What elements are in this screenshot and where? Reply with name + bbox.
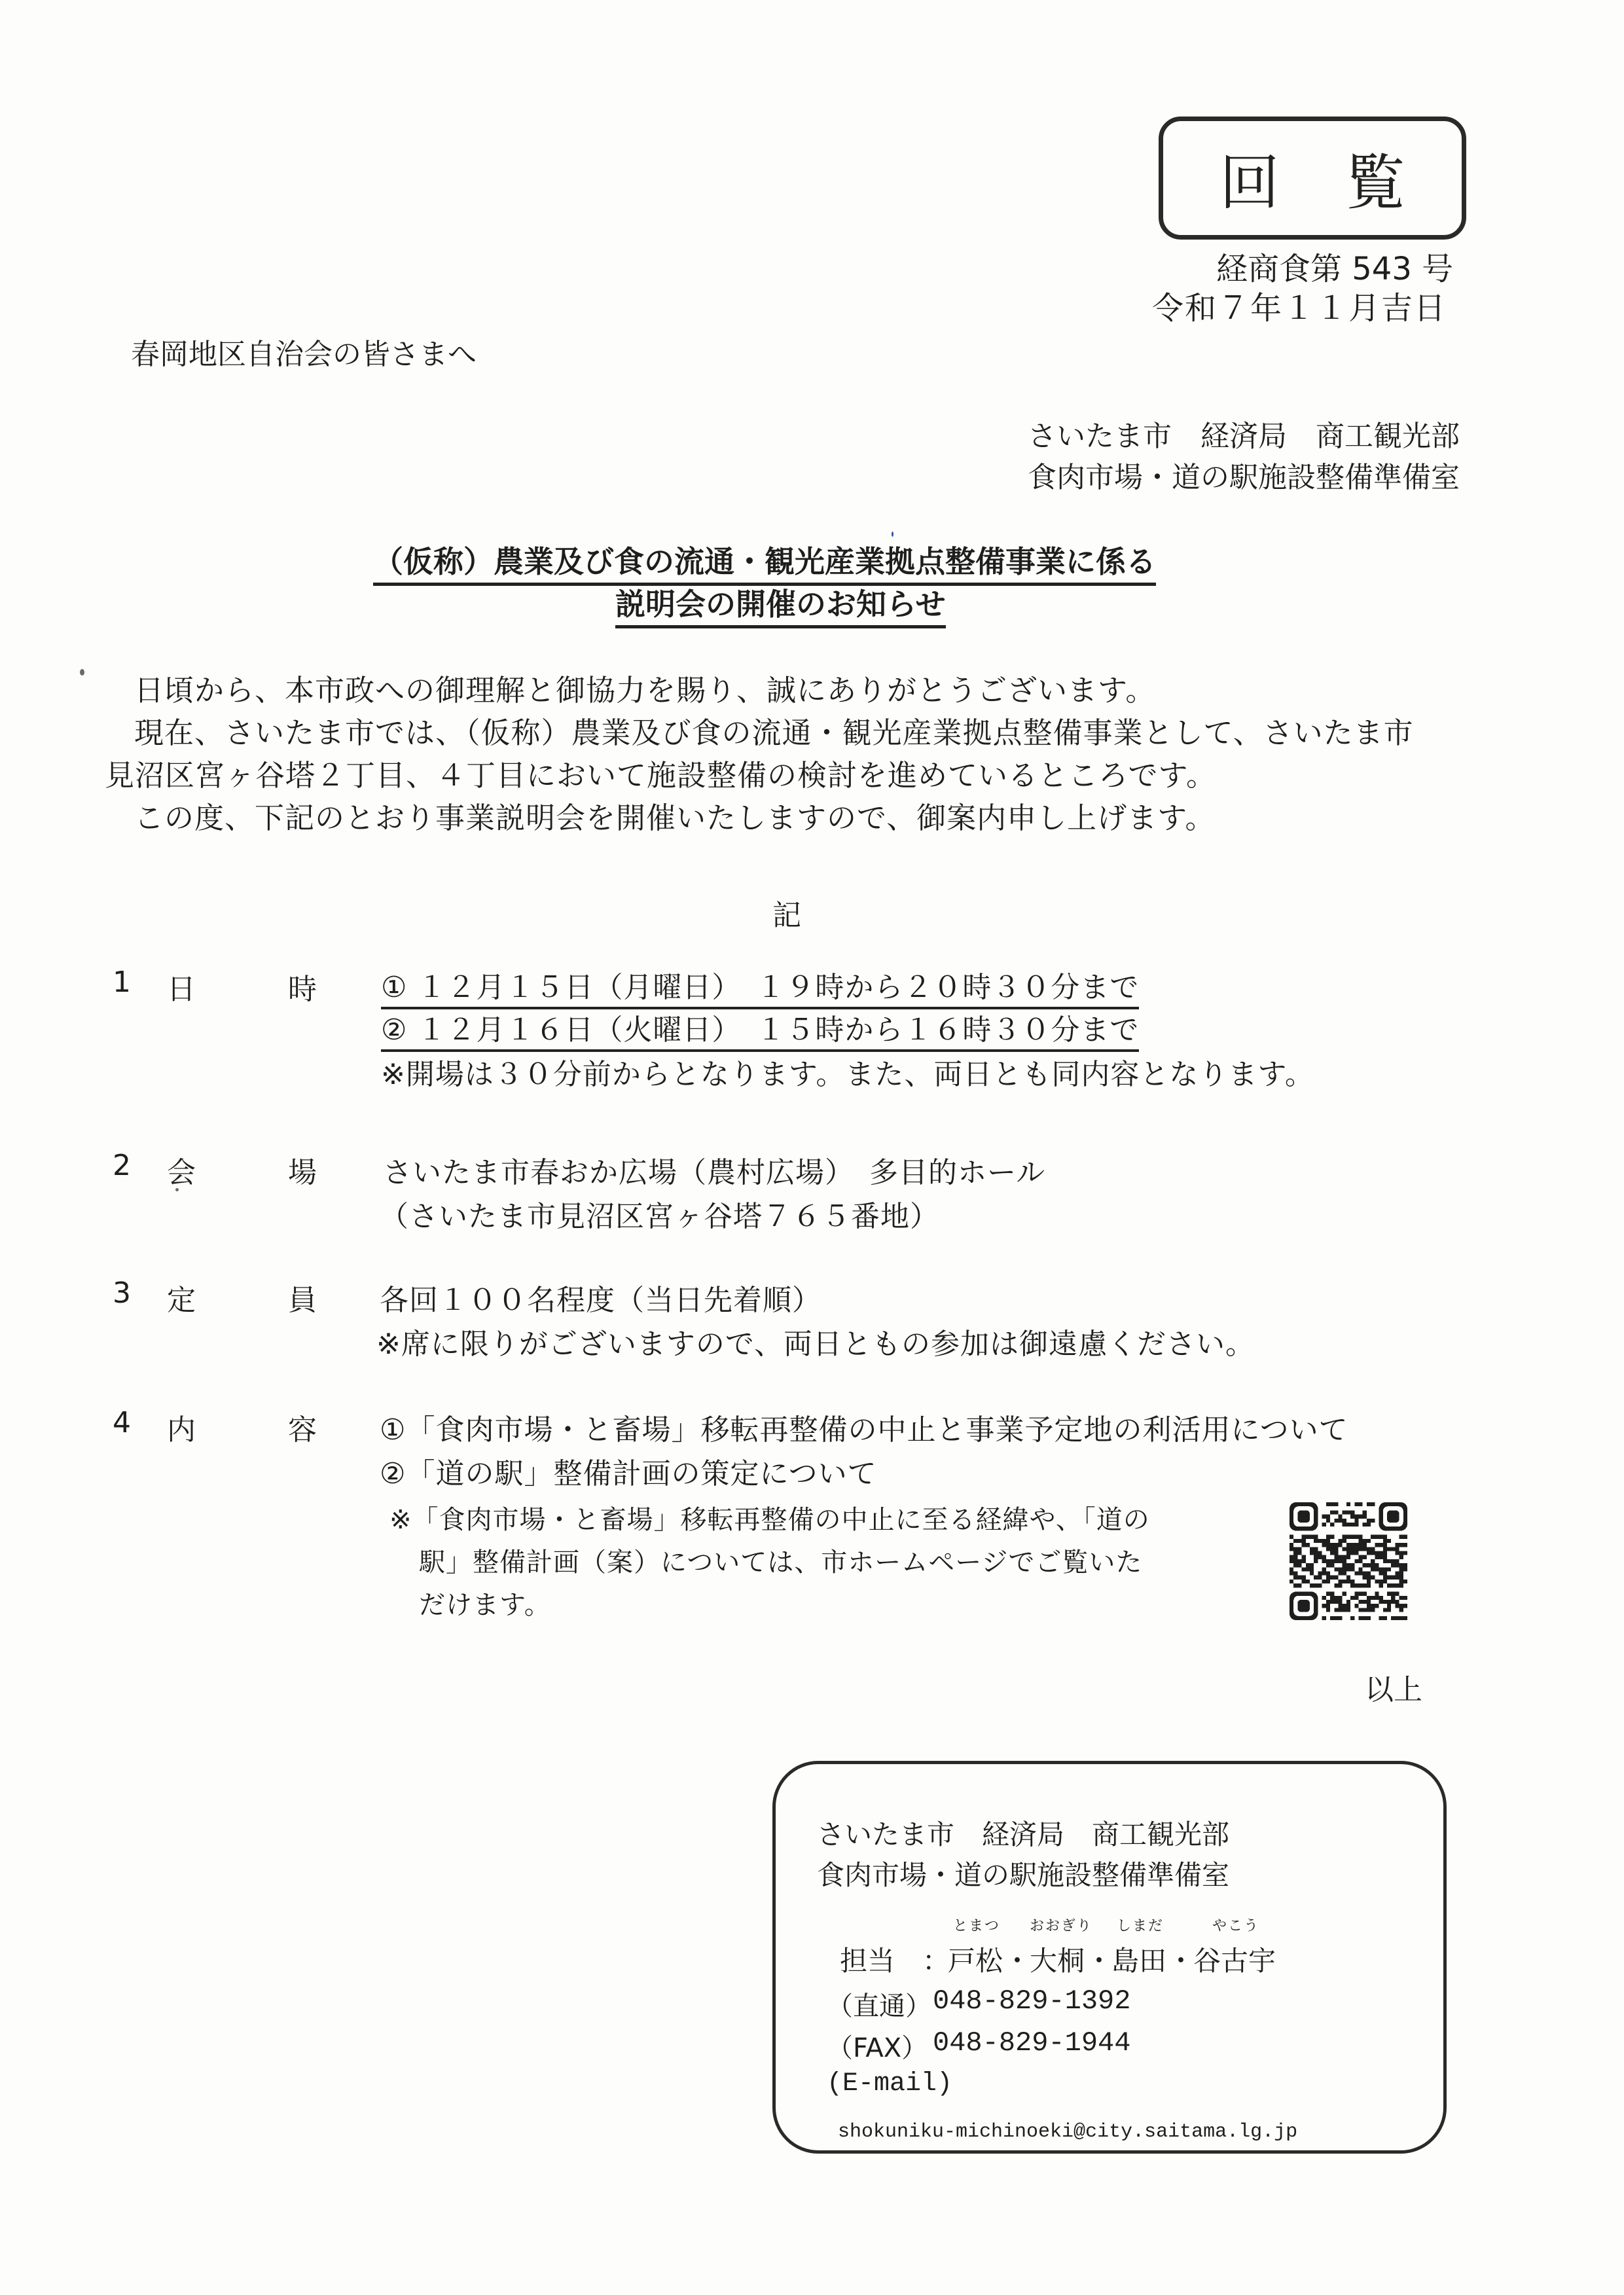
- contact-box: さいたま市 経済局 商工観光部 食肉市場・道の駅施設整備準備室 担当 ： とまつ…: [772, 1761, 1447, 2154]
- agenda-note: だけます。: [419, 1584, 551, 1621]
- scan-speck: [80, 669, 84, 676]
- staff-separator: ・: [1003, 1940, 1031, 1979]
- document-title: （仮称）農業及び食の流通・観光産業拠点整備事業に係る: [373, 538, 1156, 586]
- datetime-note: ※開場は３０分前からとなります。また、両日とも同内容となります。: [381, 1051, 1314, 1093]
- fax-number[interactable]: 048-829-1944: [933, 2027, 1130, 2059]
- staff-name: 島田: [1111, 1940, 1166, 1979]
- agenda-item-2: ②「道の駅」整備計画の策定について: [380, 1450, 877, 1492]
- agenda-note: ※「食肉市場・と畜場」移転再整備の中止に至る経緯や、「道の: [389, 1499, 1150, 1536]
- phone-number[interactable]: 048-829-1392: [933, 1985, 1130, 2017]
- staff-name: 戸松: [948, 1940, 1003, 1979]
- document-date: 令和７年１１月吉日: [1152, 283, 1447, 328]
- item-number: 1: [113, 966, 131, 999]
- staff-separator: ・: [1167, 1940, 1195, 1979]
- item-number: 4: [113, 1406, 131, 1439]
- closing-remark: 以上: [1365, 1666, 1422, 1708]
- capacity-value: 各回１００名程度（当日先着順）: [380, 1276, 821, 1318]
- item-label: 容: [288, 1406, 317, 1448]
- contact-office: 食肉市場・道の駅施設整備準備室: [817, 1854, 1229, 1893]
- scan-speck: [892, 532, 893, 537]
- body-paragraph: 現在、さいたま市では、（仮称）農業及び食の流通・観光産業拠点整備事業として、さい…: [134, 709, 1414, 751]
- capacity-note: ※席に限りがございますので、両日ともの参加は御遠慮ください。: [376, 1320, 1255, 1362]
- document-number: 経商食第 543 号: [1216, 244, 1453, 289]
- item-label: 員: [288, 1276, 317, 1318]
- staff-reading: やこう: [1193, 1915, 1278, 1935]
- item-number: 2: [113, 1149, 131, 1182]
- staff-name: 谷古宇: [1193, 1940, 1276, 1979]
- staff-separator: ・: [1085, 1940, 1113, 1979]
- contact-department: さいたま市 経済局 商工観光部: [817, 1813, 1229, 1852]
- venue-name: さいたま市春おか広場（農村広場） 多目的ホール: [383, 1149, 1045, 1191]
- circulation-stamp-label: 回覧: [1219, 135, 1471, 221]
- staff-reading: おおぎり: [1030, 1915, 1087, 1935]
- item-label: 時: [288, 966, 317, 1007]
- scan-speck: [175, 1188, 179, 1191]
- item-number: 3: [113, 1276, 131, 1310]
- item-label: 日: [167, 966, 196, 1007]
- session-2: ② １２月１６日（火曜日） １５時から１６時３０分まで: [381, 1006, 1139, 1052]
- body-paragraph: 日頃から、本市政への御理解と御協力を賜り、誠にありがとうございます。: [134, 666, 1155, 709]
- session-1: ① １２月１５日（月曜日） １９時から２０時３０分まで: [381, 964, 1139, 1009]
- fax-label: （FAX）: [827, 2027, 928, 2065]
- item-label: 内: [167, 1406, 196, 1448]
- addressee: 春岡地区自治会の皆さまへ: [131, 331, 477, 372]
- email-address[interactable]: shokuniku-michinoeki@city.saitama.lg.jp: [838, 2121, 1297, 2143]
- venue-address: （さいたま市見沼区宮ヶ谷塔７６５番地）: [380, 1193, 939, 1235]
- staff-label: 担当 ：: [840, 1940, 950, 1979]
- circulation-stamp: 回覧: [1159, 117, 1466, 240]
- agenda-item-1: ①「食肉市場・と畜場」移転再整備の中止と事業予定地の利活用について: [380, 1406, 1348, 1448]
- staff-reading: とまつ: [948, 1915, 1005, 1935]
- item-label: 定: [167, 1276, 196, 1318]
- staff-reading: しまだ: [1111, 1915, 1169, 1935]
- agenda-note: 駅」整備計画（案）については、市ホームページでご覧いた: [419, 1542, 1142, 1579]
- phone-label: （直通）: [827, 1985, 931, 2023]
- ki-heading: 記: [772, 892, 801, 933]
- body-paragraph: 見沼区宮ヶ谷塔２丁目、４丁目において施設整備の検討を進めているところです。: [105, 751, 1216, 794]
- item-label: 会: [167, 1149, 196, 1191]
- item-label: 場: [288, 1149, 317, 1191]
- sender-department: さいたま市 経済局 商工観光部: [1028, 412, 1460, 454]
- body-paragraph: この度、下記のとおり事業説明会を開催いたしますので、御案内申し上げます。: [134, 794, 1216, 837]
- sender-office: 食肉市場・道の駅施設整備準備室: [1028, 454, 1460, 496]
- staff-name: 大桐: [1030, 1940, 1085, 1979]
- document-subtitle: 説明会の開催のお知らせ: [615, 581, 946, 628]
- qr-code-icon[interactable]: [1290, 1502, 1407, 1620]
- email-label: (E-mail): [827, 2069, 952, 2099]
